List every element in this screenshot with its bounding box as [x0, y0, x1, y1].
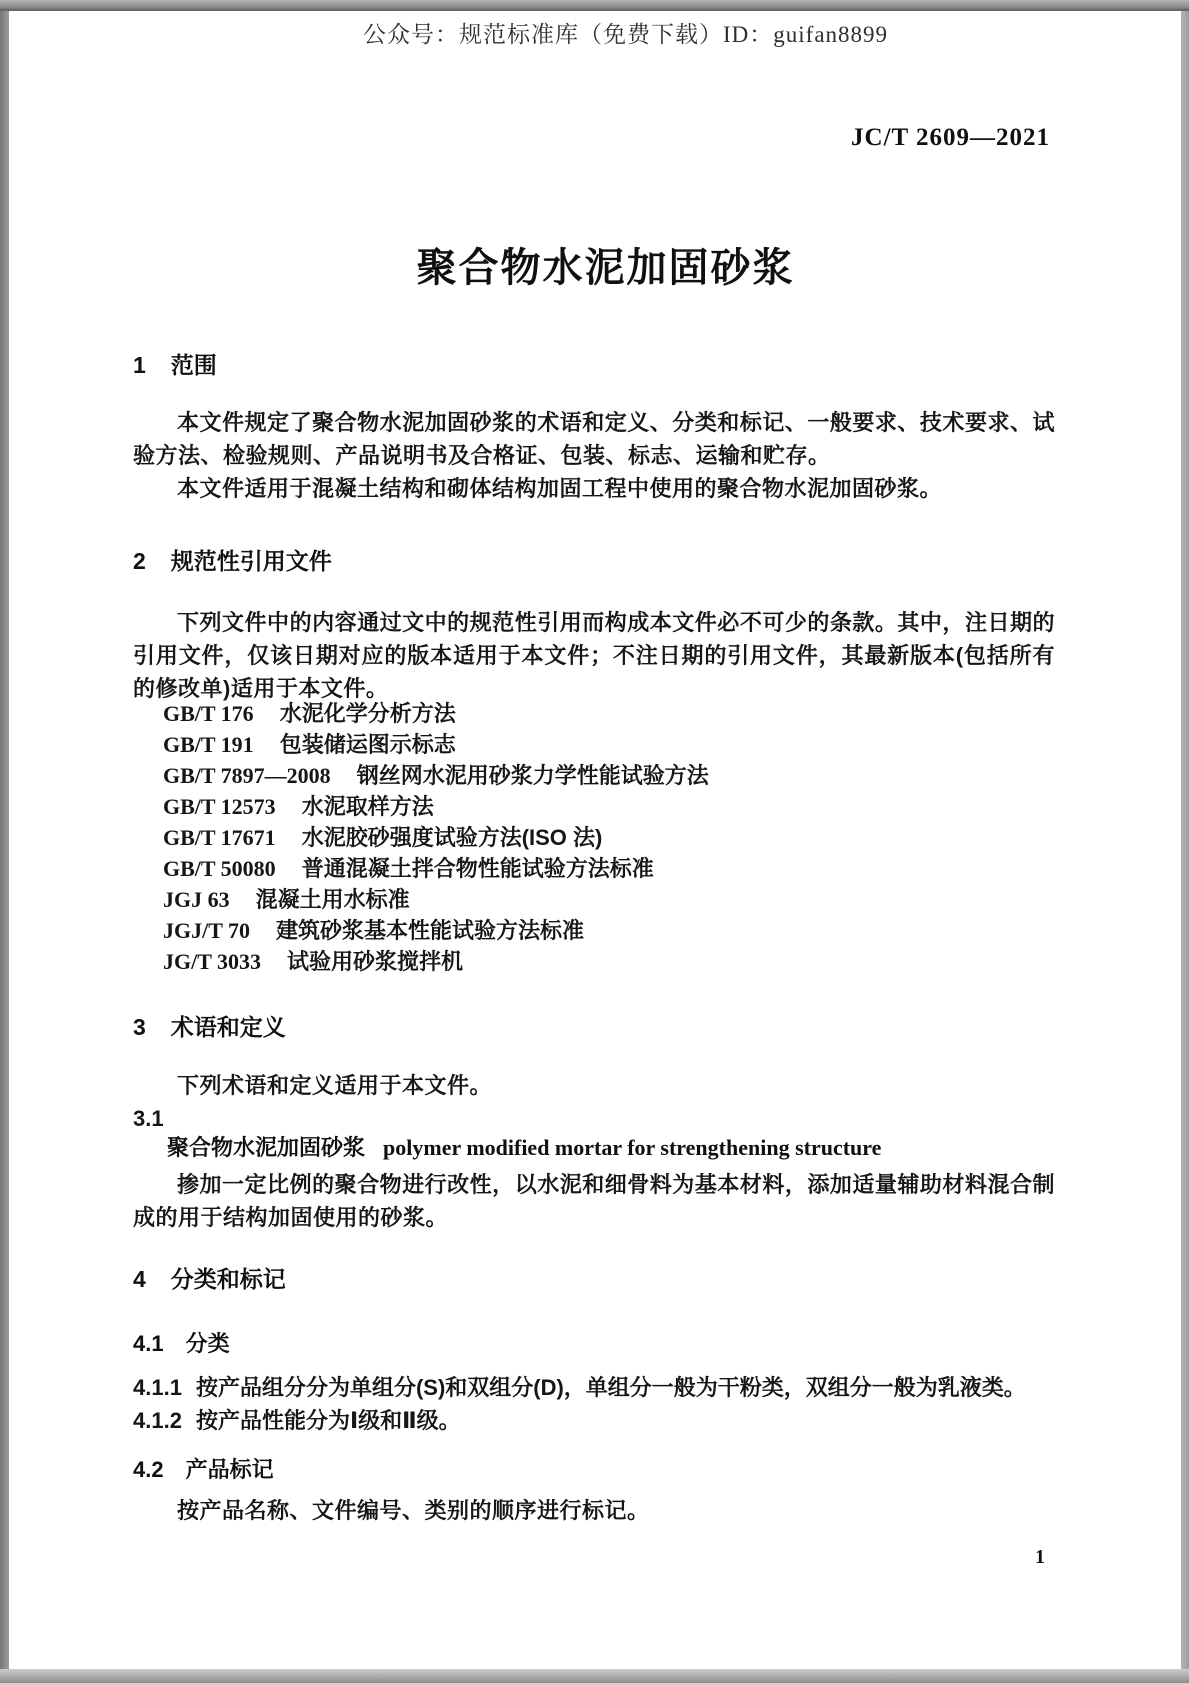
- section-4-1-heading: 4.1分类: [133, 1327, 1055, 1358]
- marking-paragraph: 按产品名称、文件编号、类别的顺序进行标记。: [133, 1494, 1055, 1527]
- reference-code: GB/T 17671: [163, 825, 276, 850]
- section-1-title: 范围: [171, 352, 217, 378]
- section-1-body: 本文件规定了聚合物水泥加固砂浆的术语和定义、分类和标记、一般要求、技术要求、试验…: [133, 406, 1055, 505]
- reference-code: GB/T 12573: [163, 794, 276, 819]
- reference-title: 试验用砂浆搅拌机: [287, 949, 463, 974]
- page-edge-left: [0, 11, 9, 1669]
- clause-4-1-2: 4.1.2按产品性能分为Ⅰ级和Ⅱ级。: [133, 1404, 1055, 1437]
- reference-item: GB/T 176水泥化学分析方法: [163, 698, 1085, 729]
- scope-paragraph-2: 本文件适用于混凝土结构和砌体结构加固工程中使用的聚合物水泥加固砂浆。: [133, 472, 1055, 505]
- reference-code: GB/T 191: [163, 732, 254, 757]
- clause-4-1-1-number: 4.1.1: [133, 1375, 182, 1400]
- section-2-number: 2: [133, 548, 146, 575]
- reference-title: 水泥化学分析方法: [280, 701, 456, 726]
- page-edge-bottom: [0, 1669, 1189, 1683]
- section-2-heading: 2规范性引用文件: [133, 543, 1055, 576]
- page-number: 1: [1035, 1546, 1045, 1569]
- section-4-title: 分类和标记: [171, 1266, 286, 1292]
- reference-title: 混凝土用水标准: [256, 887, 410, 912]
- clause-4-1-1-text: 按产品组分分为单组分(S)和双组分(D)，单组分一般为干粉类，双组分一般为乳液类…: [196, 1375, 1026, 1400]
- reference-title: 建筑砂浆基本性能试验方法标准: [276, 918, 584, 943]
- section-1-heading: 1范围: [133, 347, 1055, 380]
- reference-code: JG/T 3033: [163, 949, 261, 974]
- reference-title: 普通混凝土拌合物性能试验方法标准: [302, 856, 654, 881]
- term-chinese: 聚合物水泥加固砂浆: [167, 1135, 365, 1160]
- reference-title: 水泥取样方法: [302, 794, 434, 819]
- reference-title: 钢丝网水泥用砂浆力学性能试验方法: [357, 763, 709, 788]
- scope-paragraph-1: 本文件规定了聚合物水泥加固砂浆的术语和定义、分类和标记、一般要求、技术要求、试验…: [133, 406, 1055, 472]
- clause-4-1-2-text: 按产品性能分为Ⅰ级和Ⅱ级。: [196, 1408, 461, 1433]
- section-4-2-heading: 4.2产品标记: [133, 1453, 1055, 1484]
- section-4-heading: 4分类和标记: [133, 1261, 1055, 1294]
- page-edge-top: [0, 0, 1189, 11]
- reference-item: JGJ/T 70建筑砂浆基本性能试验方法标准: [163, 915, 1085, 946]
- section-1-number: 1: [133, 352, 146, 379]
- reference-item: GB/T 50080普通混凝土拌合物性能试验方法标准: [163, 853, 1085, 884]
- reference-item: GB/T 191包装储运图示标志: [163, 729, 1085, 760]
- section-4-1-number: 4.1: [133, 1331, 164, 1357]
- reference-item: GB/T 17671水泥胶砂强度试验方法(ISO 法): [163, 822, 1085, 853]
- section-4-2-title: 产品标记: [186, 1457, 274, 1482]
- reference-title: 包装储运图示标志: [280, 732, 456, 757]
- section-3-heading: 3术语和定义: [133, 1009, 1055, 1042]
- section-3-number: 3: [133, 1014, 146, 1041]
- reference-item: JG/T 3033试验用砂浆搅拌机: [163, 946, 1085, 977]
- reference-code: GB/T 7897—2008: [163, 763, 331, 788]
- reference-item: GB/T 7897—2008钢丝网水泥用砂浆力学性能试验方法: [163, 760, 1085, 791]
- reference-item: JGJ 63混凝土用水标准: [163, 884, 1085, 915]
- references-list: GB/T 176水泥化学分析方法 GB/T 191包装储运图示标志 GB/T 7…: [133, 698, 1085, 977]
- term-definition: 掺加一定比例的聚合物进行改性，以水泥和细骨料为基本材料，添加适量辅助材料混合制成…: [133, 1168, 1055, 1234]
- section-3-title: 术语和定义: [171, 1014, 286, 1040]
- reference-code: GB/T 176: [163, 701, 254, 726]
- term-entry: 聚合物水泥加固砂浆polymer modified mortar for str…: [133, 1136, 1089, 1160]
- section-2-title: 规范性引用文件: [171, 548, 332, 574]
- reference-item: GB/T 12573水泥取样方法: [163, 791, 1085, 822]
- section-4-2-number: 4.2: [133, 1457, 164, 1483]
- doc-number: JC/T 2609—2021: [851, 124, 1050, 152]
- reference-code: GB/T 50080: [163, 856, 276, 881]
- terms-intro: 下列术语和定义适用于本文件。: [133, 1069, 1055, 1102]
- references-intro: 下列文件中的内容通过文中的规范性引用而构成本文件必不可少的条款。其中，注日期的引…: [133, 606, 1055, 705]
- clause-4-1-1: 4.1.1按产品组分分为单组分(S)和双组分(D)，单组分一般为干粉类，双组分一…: [133, 1371, 1055, 1404]
- term-english: polymer modified mortar for strengthenin…: [383, 1135, 881, 1160]
- reference-title: 水泥胶砂强度试验方法(ISO 法): [302, 825, 603, 850]
- section-4-1-title: 分类: [186, 1331, 230, 1356]
- page-title: 聚合物水泥加固砂浆: [22, 236, 1189, 293]
- reference-code: JGJ 63: [163, 887, 230, 912]
- section-4-number: 4: [133, 1266, 146, 1293]
- clause-3-1-number: 3.1: [133, 1102, 1055, 1135]
- clause-4-1-2-number: 4.1.2: [133, 1408, 182, 1433]
- reference-code: JGJ/T 70: [163, 918, 250, 943]
- watermark-text: 公众号：规范标准库（免费下载）ID：guifan8899: [363, 16, 888, 49]
